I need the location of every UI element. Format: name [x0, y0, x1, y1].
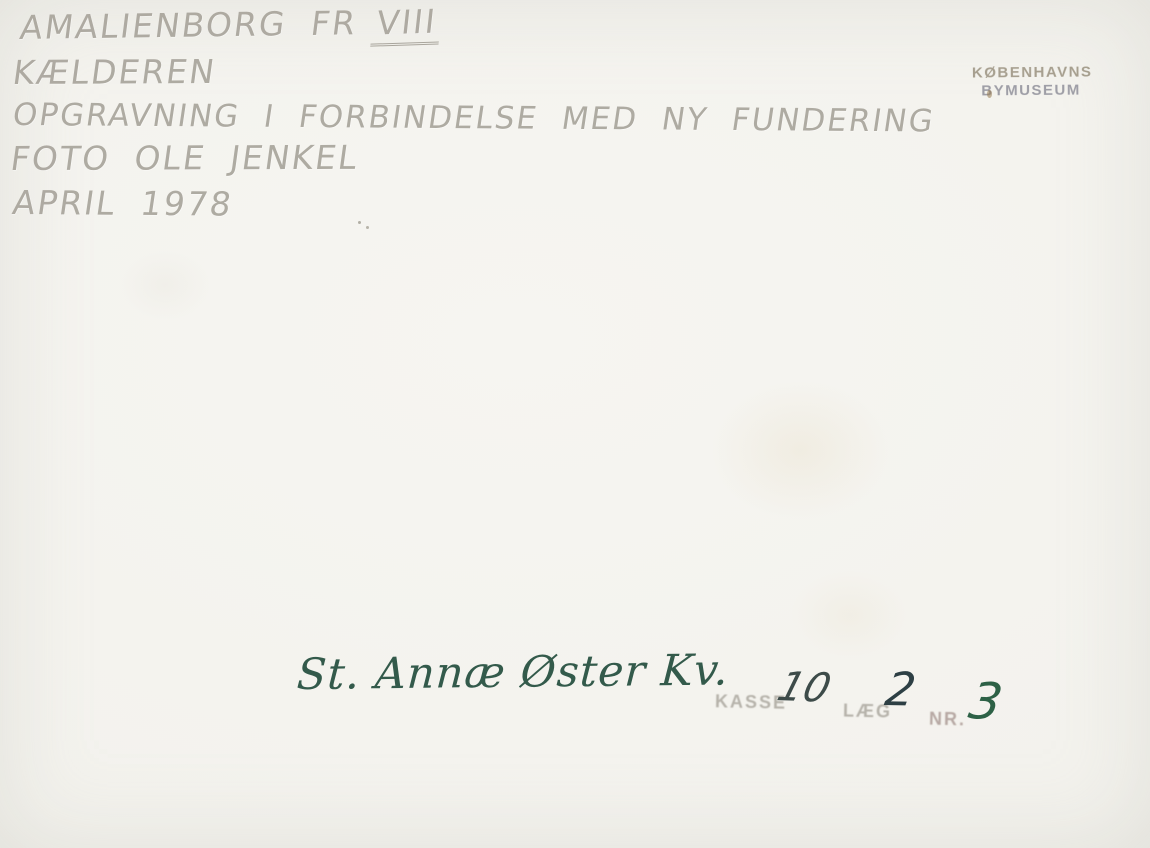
pencil-line-date: APRIL 1978 — [10, 183, 236, 224]
quarter-inscription: St. Annæ Øster Kv. — [296, 645, 731, 700]
pencil-line-photographer: FOTO OLE JENKEL — [8, 138, 361, 178]
nr-stamp-label: NR. — [929, 709, 966, 731]
museum-stamp-line1: KØBENHAVNS — [972, 63, 1090, 82]
pencil-stray-dot — [366, 226, 369, 229]
pencil-title-numeral: VIII — [370, 2, 443, 47]
kasse-value: 10 — [772, 664, 835, 712]
paper-stain — [120, 250, 210, 320]
nr-value: 3 — [965, 672, 1007, 731]
pencil-line-basement: KÆLDEREN — [10, 52, 218, 92]
pencil-title-prefix: AMALIENBORG FR — [18, 3, 360, 47]
museum-stamp: KØBENHAVNS BYMUSEUM — [972, 63, 1090, 100]
paper-stain — [710, 380, 890, 520]
paper-stain — [790, 570, 910, 660]
museum-stamp-line2: BYMUSEUM — [972, 81, 1090, 100]
photo-verso-scan: AMALIENBORG FRVIII KÆLDEREN OPGRAVNING I… — [0, 0, 1150, 848]
pencil-line-title: AMALIENBORG FRVIII — [17, 2, 443, 51]
laeg-value: 2 — [882, 662, 920, 717]
pencil-stray-dot — [358, 221, 361, 224]
pencil-line-excavation: OPGRAVNING I FORBINDELSE MED NY FUNDERIN… — [10, 97, 937, 139]
